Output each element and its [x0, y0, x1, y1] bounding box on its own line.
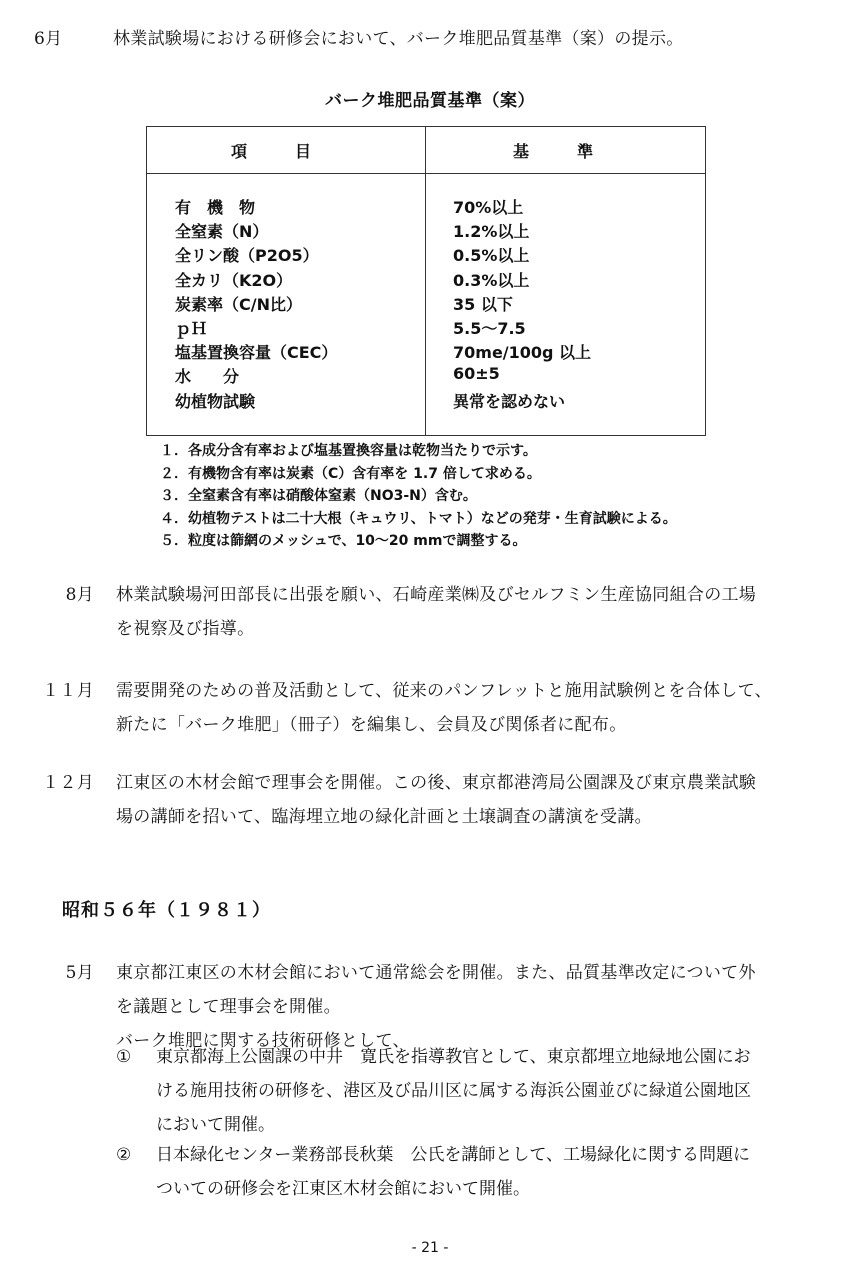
note: ４．幼植物テストは二十大根（キュウリ、トマト）などの発芽・生育試験による。: [160, 508, 677, 531]
entry-line: 場の講師を招いて、臨海埋立地の緑化計画と土壌調査の講演を受講。: [116, 800, 836, 834]
row-item: 全リン酸（P2O5）: [175, 243, 319, 266]
entry-line: 需要開発のための普及活動として、従来のパンフレットと施用試験例とを合体して、: [116, 674, 836, 708]
row-value: 35 以下: [453, 292, 513, 315]
entry-line: 新たに「バーク堆肥」（冊子）を編集し、会員及び関係者に配布。: [116, 708, 836, 742]
row-item: 全カリ（K2O）: [175, 268, 292, 291]
sub-item-number: ②: [116, 1138, 131, 1172]
row-item: 炭素率（C/N比）: [175, 292, 302, 315]
sub-item-text: 東京都海上公園課の中井 寛氏を指導教官として、東京都埋立地緑地公園にお ける施用…: [156, 1040, 856, 1142]
sub-item-line: 東京都海上公園課の中井 寛氏を指導教官として、東京都埋立地緑地公園にお: [156, 1040, 856, 1074]
header-item: 項 目: [231, 139, 311, 162]
header-divider: [147, 173, 705, 174]
entry-month: 5月: [34, 956, 94, 990]
row-value: 5.5～7.5: [453, 316, 526, 339]
entry-line: を議題として理事会を開催。: [116, 990, 836, 1024]
table-notes: １．各成分含有率および塩基置換容量は乾物当たりで示す。 ２．有機物含有率は炭素（…: [160, 440, 677, 553]
entry-body: 林業試験場における研修会において、バーク堆肥品質基準（案）の提示。: [113, 22, 833, 56]
table-row: 水 分 60±5: [147, 364, 705, 388]
row-value: 1.2%以上: [453, 219, 529, 242]
entry-body: 江東区の木材会館で理事会を開催。この後、東京都港湾局公園課及び東京農業試験 場の…: [116, 766, 836, 834]
table-title: バーク堆肥品質基準（案）: [0, 86, 860, 111]
sub-item-number: ①: [116, 1040, 131, 1074]
table-row: 有 機 物 70%以上: [147, 195, 705, 219]
entry-month: １２月: [34, 766, 94, 800]
header-standard: 基 準: [513, 139, 593, 162]
row-item: 水 分: [175, 364, 239, 387]
note: ３．全窒素含有率は硝酸体窒素（NO3-N）含む。: [160, 485, 677, 508]
sub-item-line: において開催。: [156, 1108, 856, 1142]
row-item: 有 機 物: [175, 195, 255, 218]
note: ２．有機物含有率は炭素（C）含有率を 1.7 倍して求める。: [160, 463, 677, 486]
row-item: 全窒素（N）: [175, 219, 268, 242]
sub-item-text: 日本緑化センター業務部長秋葉 公氏を講師として、工場緑化に関する問題に ついての…: [156, 1138, 856, 1206]
year-heading: 昭和５６年（１９８１）: [62, 896, 271, 922]
row-item: ｐＨ: [175, 316, 207, 339]
table-row: 全窒素（N） 1.2%以上: [147, 219, 705, 243]
entry-body: 林業試験場河田部長に出張を願い、石崎産業㈱及びセルフミン生産協同組合の工場 を視…: [116, 578, 836, 646]
table-rows: 有 機 物 70%以上 全窒素（N） 1.2%以上 全リン酸（P2O5） 0.5…: [147, 195, 705, 413]
quality-standard-table: 項 目 基 準 有 機 物 70%以上 全窒素（N） 1.2%以上 全リン酸（P…: [146, 126, 706, 436]
row-item: 塩基置換容量（CEC）: [175, 340, 337, 363]
note: １．各成分含有率および塩基置換容量は乾物当たりで示す。: [160, 440, 677, 463]
sub-item-line: 日本緑化センター業務部長秋葉 公氏を講師として、工場緑化に関する問題に: [156, 1138, 856, 1172]
row-item: 幼植物試験: [175, 389, 255, 412]
entry-month: 8月: [34, 578, 94, 612]
entry-body: 需要開発のための普及活動として、従来のパンフレットと施用試験例とを合体して、 新…: [116, 674, 836, 742]
note: ５．粒度は篩網のメッシュで、10～20 mmで調整する。: [160, 530, 677, 553]
row-value: 0.5%以上: [453, 243, 529, 266]
row-value: 70me/100g 以上: [453, 340, 591, 363]
table-row: 炭素率（C/N比） 35 以下: [147, 292, 705, 316]
entry-month: 6月: [34, 22, 94, 56]
sub-item-line: ける施用技術の研修を、港区及び品川区に属する海浜公園並びに緑道公園地区: [156, 1074, 856, 1108]
page-number: - 21 -: [0, 1240, 860, 1256]
entry-line: 江東区の木材会館で理事会を開催。この後、東京都港湾局公園課及び東京農業試験: [116, 766, 836, 800]
table-row: ｐＨ 5.5～7.5: [147, 316, 705, 340]
row-value: 0.3%以上: [453, 268, 529, 291]
table-row: 全リン酸（P2O5） 0.5%以上: [147, 243, 705, 267]
table-row: 幼植物試験 異常を認めない: [147, 389, 705, 413]
entry-line: 東京都江東区の木材会館において通常総会を開催。また、品質基準改定について外: [116, 956, 836, 990]
entry-line: 林業試験場における研修会において、バーク堆肥品質基準（案）の提示。: [113, 22, 833, 56]
row-value: 60±5: [453, 364, 500, 383]
row-value: 異常を認めない: [453, 389, 565, 412]
table-row: 全カリ（K2O） 0.3%以上: [147, 268, 705, 292]
row-value: 70%以上: [453, 195, 523, 218]
entry-month: １１月: [34, 674, 94, 708]
entry-line: を視察及び指導。: [116, 612, 836, 646]
sub-item-line: ついての研修会を江東区木材会館において開催。: [156, 1172, 856, 1206]
table-row: 塩基置換容量（CEC） 70me/100g 以上: [147, 340, 705, 364]
entry-line: 林業試験場河田部長に出張を願い、石崎産業㈱及びセルフミン生産協同組合の工場: [116, 578, 836, 612]
